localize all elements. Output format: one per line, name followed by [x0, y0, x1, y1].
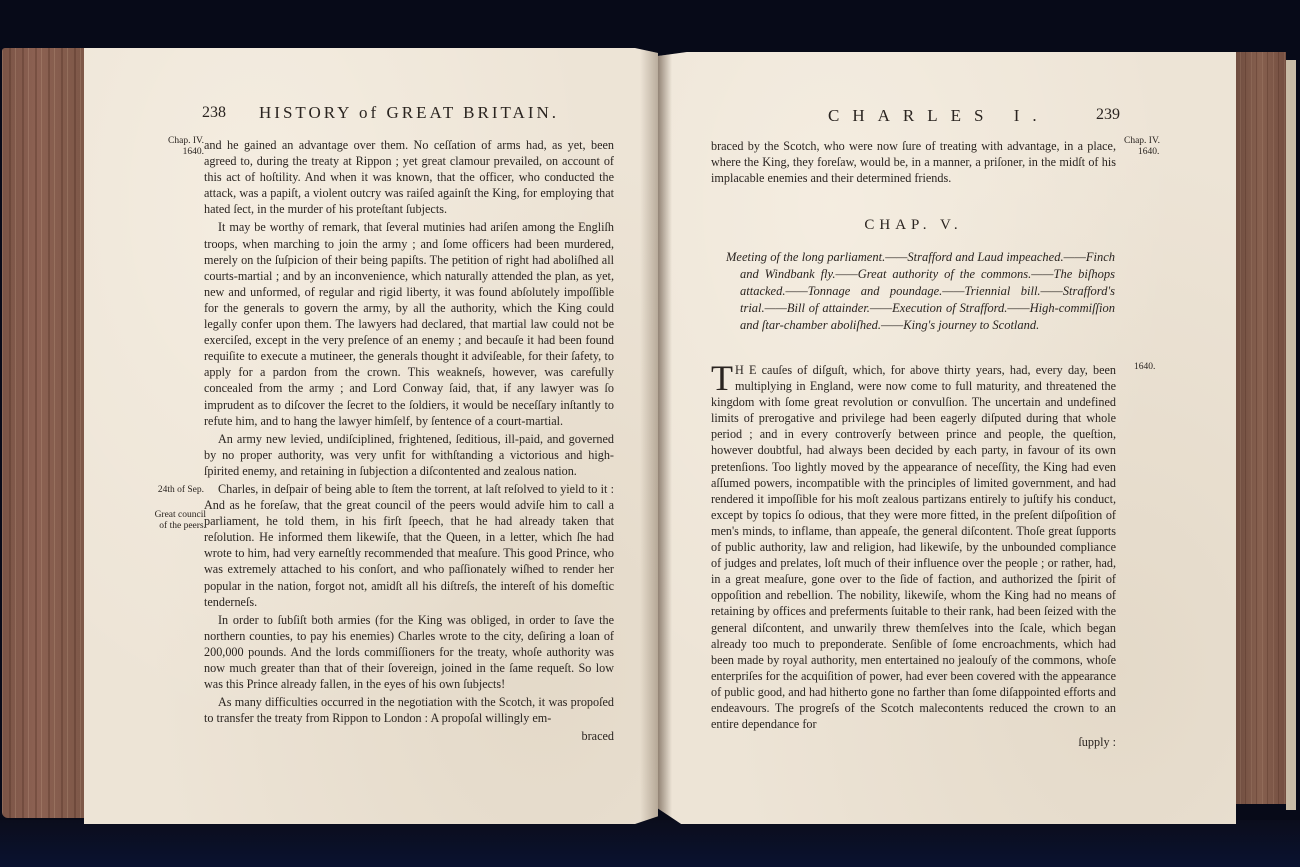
- chapter-body: TH E cauſes of diſguſt, which, for above…: [711, 362, 1116, 750]
- margin-note-text: Chap. IV.: [1124, 136, 1174, 147]
- margin-note-text: Great council: [142, 510, 206, 521]
- margin-note-chapter: Chap. IV. 1640.: [148, 136, 204, 158]
- margin-note-year: 1640.: [148, 147, 204, 158]
- book-page-edges-left: [2, 48, 88, 818]
- background: [0, 820, 1300, 867]
- chapter-title: CHAP. V.: [711, 217, 1116, 234]
- catchword: braced: [204, 728, 614, 744]
- chapter-summary-text: Meeting of the long parliament.——Straffo…: [726, 250, 1115, 332]
- paragraph: braced by the Scotch, who were now ſure …: [711, 138, 1116, 186]
- chapter-summary: Meeting of the long parliament.——Straffo…: [740, 249, 1115, 334]
- paragraph-text: cauſes of diſguſt, which, for above thir…: [711, 363, 1116, 731]
- page-number: 239: [1096, 106, 1120, 124]
- left-page-body: and he gained an advantage over them. No…: [204, 137, 614, 744]
- page-number: 238: [202, 104, 226, 122]
- paragraph: An army new levied, undiſciplined, frigh…: [204, 431, 614, 479]
- opening-word: H E: [735, 363, 756, 377]
- book-cover-edge: [1286, 60, 1296, 810]
- book-page-edges-right: [1234, 52, 1286, 804]
- opening-paragraph: TH E cauſes of diſguſt, which, for above…: [711, 362, 1116, 732]
- catchword: ſupply :: [711, 734, 1116, 750]
- margin-note-great-council: Great council of the peers.: [142, 510, 206, 532]
- continuation-text: braced by the Scotch, who were now ſure …: [711, 138, 1116, 188]
- margin-note-year: 1640.: [1134, 362, 1184, 373]
- right-page: CHARLES I. 239 Chap. IV. 1640. 1640. bra…: [658, 52, 1236, 824]
- paragraph: It may be worthy of remark, that ſeveral…: [204, 219, 614, 428]
- paragraph: As many difficulties occurred in the neg…: [204, 694, 614, 726]
- running-head: CHARLES I.: [828, 106, 1050, 126]
- paragraph: In order to ſubſiſt both armies (for the…: [204, 612, 614, 692]
- margin-note-date: 24th of Sep.: [148, 485, 204, 496]
- margin-note-year: 1640.: [1124, 147, 1174, 158]
- margin-note-text: Chap. IV.: [148, 136, 204, 147]
- paragraph: Charles, in deſpair of being able to ſte…: [204, 481, 614, 610]
- running-head: HISTORY of GREAT BRITAIN.: [259, 103, 559, 123]
- margin-note-chapter: Chap. IV. 1640.: [1124, 136, 1174, 158]
- margin-note-text: of the peers.: [142, 521, 206, 532]
- drop-cap: T: [711, 364, 733, 392]
- paragraph: and he gained an advantage over them. No…: [204, 137, 614, 217]
- left-page: 238 HISTORY of GREAT BRITAIN. Chap. IV. …: [84, 48, 658, 824]
